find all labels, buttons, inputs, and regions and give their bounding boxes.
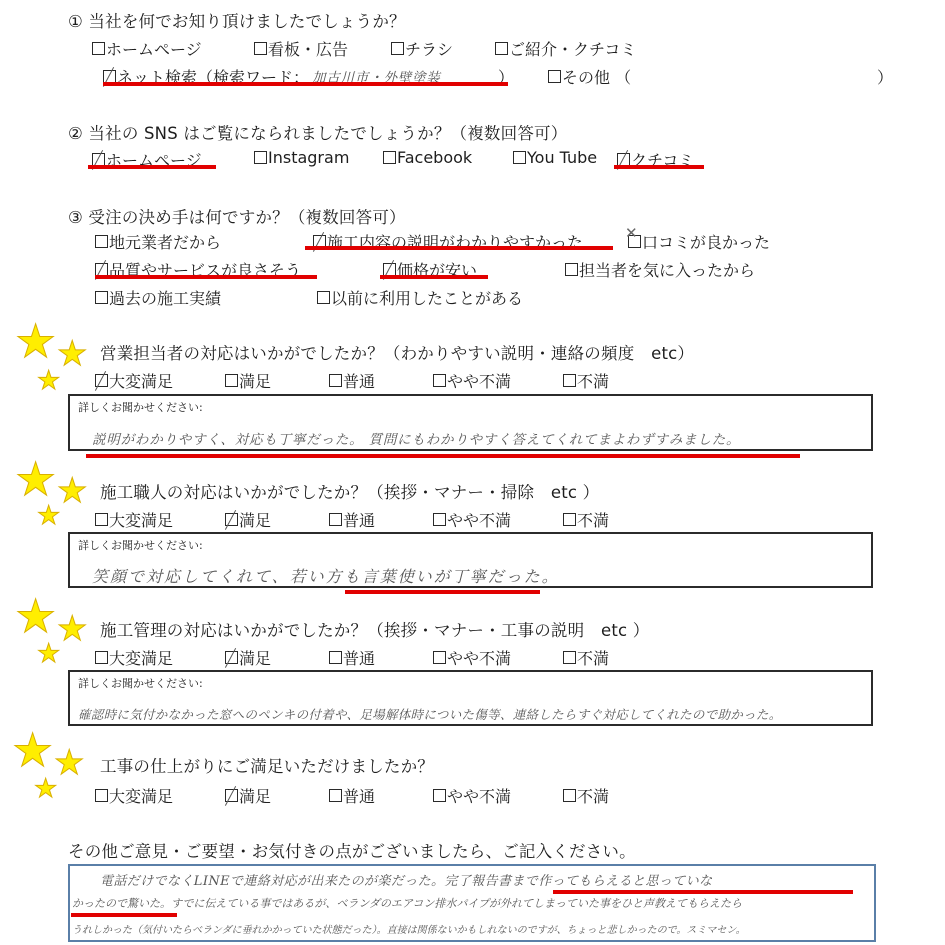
- q5-rating-very-satisfied[interactable]: 大変満足: [95, 508, 173, 531]
- checkbox-checked[interactable]: [225, 651, 238, 664]
- details-label: 詳しくお聞かせください:: [78, 675, 203, 691]
- q2-option-instagram[interactable]: Instagram: [254, 148, 349, 167]
- checkbox[interactable]: [433, 789, 446, 802]
- checkbox[interactable]: [329, 513, 342, 526]
- q1-other-close-paren: ）: [877, 65, 893, 88]
- feedback-title: その他ご意見・ご要望・お気付きの点がございましたら、ご記入ください。: [68, 838, 636, 862]
- q6-rating-very-satisfied[interactable]: 大変満足: [95, 646, 173, 669]
- q6-comment-box[interactable]: 詳しくお聞かせください: 確認時に気付かなかった窓へのペンキの付着や、足場解体時…: [68, 670, 873, 726]
- q7-title: 工事の仕上がりにご満足いただけましたか？: [100, 753, 434, 777]
- q1-option-other[interactable]: その他 （: [548, 65, 631, 88]
- star-icon: ★: [34, 776, 57, 802]
- underline-mark: [345, 590, 540, 594]
- q2-option-youtube[interactable]: You Tube: [513, 148, 597, 167]
- q4-comment-handwritten: 説明がわかりやすく、対応も丁寧だった。 質問にもわかりやすく答えてくれてまよわず…: [92, 428, 740, 448]
- underline-mark: [95, 275, 317, 279]
- q5-comment-handwritten: 笑顔で対応してくれて、若い方も言葉使いが丁寧だった。: [92, 564, 560, 587]
- feedback-box[interactable]: 電話だけでなくLINEで連絡対応が出来たのが楽だった。完了報告書まで作ってもらえ…: [68, 864, 876, 942]
- checkbox[interactable]: [383, 151, 396, 164]
- underline-mark: [614, 165, 704, 169]
- q3-option-used-before[interactable]: 以前に利用したことがある: [317, 286, 523, 309]
- details-label: 詳しくお聞かせください:: [78, 537, 203, 553]
- q4-rating-neutral[interactable]: 普通: [329, 369, 375, 392]
- q3-title: ③ 受注の決め手は何ですか？（複数回答可）: [68, 204, 406, 228]
- q2-option-facebook[interactable]: Facebook: [383, 148, 472, 167]
- checkbox[interactable]: [329, 789, 342, 802]
- q5-title: 施工職人の対応はいかがでしたか？（挨拶・マナー・掃除 etc ）: [100, 479, 599, 503]
- checkbox-checked[interactable]: [95, 374, 108, 387]
- q6-comment-handwritten: 確認時に気付かなかった窓へのペンキの付着や、足場解体時についた傷等、連絡したらす…: [78, 705, 782, 723]
- checkbox[interactable]: [563, 651, 576, 664]
- q6-rating-neutral[interactable]: 普通: [329, 646, 375, 669]
- q2-title: ② 当社の SNS はご覧になられましたでしょうか？（複数回答可）: [68, 120, 567, 144]
- q4-rating-dissatisfied[interactable]: 不満: [563, 369, 609, 392]
- q7-rating-very-satisfied[interactable]: 大変満足: [95, 784, 173, 807]
- q3-option-past-work[interactable]: 過去の施工実績: [95, 286, 221, 309]
- underline-mark: [71, 913, 177, 917]
- underline-mark: [380, 275, 488, 279]
- checkbox[interactable]: [95, 789, 108, 802]
- checkbox[interactable]: [95, 513, 108, 526]
- checkbox[interactable]: [225, 374, 238, 387]
- star-icon: ★: [15, 593, 56, 639]
- q4-rating-very-satisfied[interactable]: 大変満足: [95, 369, 173, 392]
- q5-rating-neutral[interactable]: 普通: [329, 508, 375, 531]
- checkbox[interactable]: [329, 374, 342, 387]
- checkbox[interactable]: [329, 651, 342, 664]
- underline-mark: [553, 890, 853, 894]
- q1-option-homepage[interactable]: ホームページ: [92, 37, 202, 60]
- q3-option-good-reviews[interactable]: 口コミが良かった: [628, 230, 770, 253]
- q1-title: ① 当社を何でお知り頂けましたでしょうか？: [68, 8, 406, 32]
- star-icon: ★: [57, 474, 87, 508]
- q3-option-liked-staff[interactable]: 担当者を気に入ったから: [565, 258, 755, 281]
- q5-rating-dissatisfied[interactable]: 不満: [563, 508, 609, 531]
- q4-rating-somewhat-dissatisfied[interactable]: やや不満: [433, 369, 511, 392]
- checkbox[interactable]: [391, 42, 404, 55]
- checkbox[interactable]: [548, 70, 561, 83]
- checkbox-checked[interactable]: [225, 789, 238, 802]
- checkbox[interactable]: [495, 42, 508, 55]
- checkbox[interactable]: [95, 291, 108, 304]
- star-icon: ★: [37, 641, 60, 667]
- q1-option-referral[interactable]: ご紹介・クチコミ: [495, 37, 636, 60]
- checkbox[interactable]: [254, 151, 267, 164]
- underline-mark: [103, 82, 508, 86]
- q4-rating-satisfied[interactable]: 満足: [225, 369, 271, 392]
- checkbox[interactable]: [563, 789, 576, 802]
- q4-title: 営業担当者の対応はいかがでしたか？（わかりやすい説明・連絡の頻度 etc）: [100, 340, 694, 364]
- underline-mark: [88, 165, 216, 169]
- checkbox[interactable]: [95, 235, 108, 248]
- checkbox[interactable]: [513, 151, 526, 164]
- checkbox[interactable]: [92, 42, 105, 55]
- star-icon: ★: [12, 727, 53, 773]
- star-icon: ★: [57, 612, 87, 646]
- q1-option-flyer[interactable]: チラシ: [391, 37, 453, 60]
- checkbox[interactable]: [565, 263, 578, 276]
- checkbox[interactable]: [95, 651, 108, 664]
- q3-option-local[interactable]: 地元業者だから: [95, 230, 221, 253]
- checkbox[interactable]: [317, 291, 330, 304]
- feedback-line-2: かったので驚いた。すでに伝えている事ではあるが、ベランダのエアコン排水パイプが外…: [72, 895, 742, 911]
- checkbox[interactable]: [433, 513, 446, 526]
- checkbox[interactable]: [433, 651, 446, 664]
- q7-rating-dissatisfied[interactable]: 不満: [563, 784, 609, 807]
- star-icon: ★: [37, 368, 60, 394]
- checkbox[interactable]: [563, 374, 576, 387]
- star-icon: ★: [15, 456, 56, 502]
- q6-title: 施工管理の対応はいかがでしたか？（挨拶・マナー・工事の説明 etc ）: [100, 617, 649, 641]
- star-icon: ★: [57, 337, 87, 371]
- q7-rating-somewhat-dissatisfied[interactable]: やや不満: [433, 784, 511, 807]
- checkbox-checked[interactable]: [225, 513, 238, 526]
- q4-comment-box[interactable]: 詳しくお聞かせください: 説明がわかりやすく、対応も丁寧だった。 質問にもわかり…: [68, 394, 873, 451]
- q5-rating-somewhat-dissatisfied[interactable]: やや不満: [433, 508, 511, 531]
- star-icon: ★: [37, 503, 60, 529]
- checkbox-crossed[interactable]: [628, 235, 641, 248]
- star-icon: ★: [15, 318, 56, 364]
- checkbox[interactable]: [563, 513, 576, 526]
- q5-rating-satisfied[interactable]: 満足: [225, 508, 271, 531]
- star-icon: ★: [54, 746, 84, 780]
- q6-rating-satisfied[interactable]: 満足: [225, 646, 271, 669]
- underline-mark: [86, 454, 800, 458]
- q5-comment-box[interactable]: 詳しくお聞かせください: 笑顔で対応してくれて、若い方も言葉使いが丁寧だった。: [68, 532, 873, 588]
- underline-mark: [305, 246, 613, 250]
- q6-rating-somewhat-dissatisfied[interactable]: やや不満: [433, 646, 511, 669]
- q7-rating-neutral[interactable]: 普通: [329, 784, 375, 807]
- q7-rating-satisfied[interactable]: 満足: [225, 784, 271, 807]
- checkbox[interactable]: [433, 374, 446, 387]
- checkbox[interactable]: [254, 42, 267, 55]
- feedback-line-3: うれしかった（気付いたらベランダに垂れかかっていた状態だった）。直接は関係ないか…: [72, 921, 746, 936]
- details-label: 詳しくお聞かせください:: [78, 399, 203, 415]
- q6-rating-dissatisfied[interactable]: 不満: [563, 646, 609, 669]
- q1-option-signboard[interactable]: 看板・広告: [254, 37, 348, 60]
- feedback-line-1: 電話だけでなくLINEで連絡対応が出来たのが楽だった。完了報告書まで作ってもらえ…: [100, 870, 712, 889]
